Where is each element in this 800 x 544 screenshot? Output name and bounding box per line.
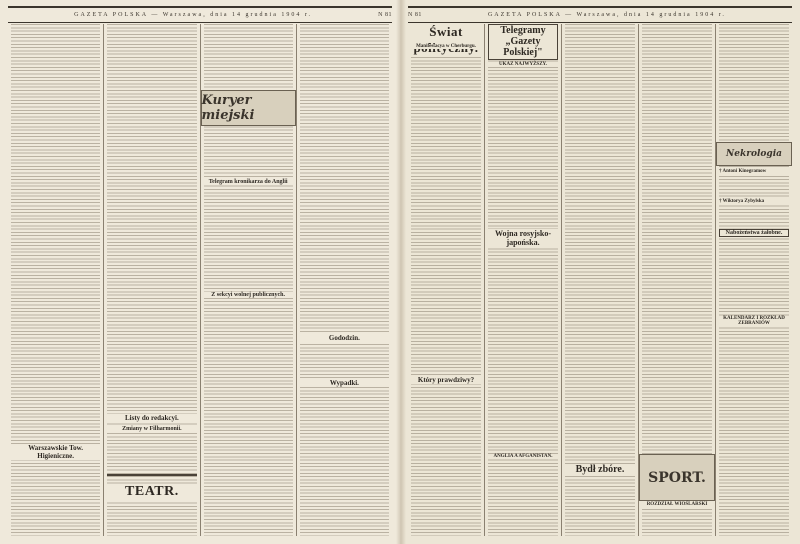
right-col-5: Nekrologia † Antoni Kinegramow † Wiktory… — [716, 24, 792, 536]
divider — [107, 474, 196, 476]
left-col-1: Warszawskie Tow. Higieniczne. — [8, 24, 104, 536]
section-title-ktory: Który prawdziwy? — [411, 376, 481, 384]
right-page-number: N 81 — [408, 12, 422, 18]
text-column — [488, 24, 558, 536]
section-title-gododzin: Gododzin. — [300, 334, 389, 342]
right-col-3: Bydł zbóre. — [562, 24, 639, 536]
section-title-manifestacya: Manifestacya w Cherburgu. — [411, 44, 481, 49]
gazety-polskiej-title: „Gazety Polskiej" — [489, 36, 557, 58]
nekro-entry-1: † Antoni Kinegramow — [719, 169, 789, 174]
section-title-z-sekcji: Z sekcyi wolnej publicznych. — [204, 292, 293, 298]
left-columns: Warszawskie Tow. Higieniczne. Listy do r… — [8, 24, 392, 536]
right-col-1: Świat polityczny. Manifestacya w Cherbur… — [408, 24, 485, 536]
right-col-2: Telegramy „Gazety Polskiej" UKAZ NAJWYŻS… — [485, 24, 562, 536]
section-title-sport-sub: ROZDZIAŁ WIOŚLARSKI — [642, 502, 712, 507]
text-column — [300, 24, 389, 536]
section-title-teatr: TEATR. — [107, 484, 196, 500]
page-fold — [396, 0, 406, 544]
section-title-swiat-polityczny: Świat polityczny. — [411, 24, 481, 56]
left-col-3: Kuryer miejski Telegram kronikarza do An… — [201, 24, 297, 536]
nekrologia-banner: Nekrologia — [716, 142, 792, 166]
section-title-zmiany: Zmiany w Filharmonii. — [107, 426, 196, 432]
right-page-header: N 81 GAZETA POLSKA — Warszawa, dnia 14 g… — [408, 6, 792, 23]
right-masthead: GAZETA POLSKA — Warszawa, dnia 14 grudni… — [422, 12, 792, 18]
section-title-anglia: ANGLIA A AFGANISTAN. — [488, 454, 558, 459]
left-col-4: Gododzin. Wypadki. — [297, 24, 392, 536]
section-title-wojna: Wojna rosyjsko-japońska. — [488, 229, 558, 247]
text-column — [565, 24, 635, 536]
nekro-entry-2: † Wiktorya Zybylska — [719, 199, 789, 204]
section-title-telegram-anglii: Telegram kronikarza do Anglii — [204, 179, 293, 185]
section-title-wypadki: Wypadki. — [300, 379, 389, 387]
section-title-nabozenstwa: Nabożeństwa żałobne. — [719, 229, 789, 237]
section-title-listy: Listy do redakcyi. — [107, 414, 196, 422]
newspaper-spread: GAZETA POLSKA — Warszawa, dnia 14 grudni… — [0, 0, 800, 544]
text-column — [411, 24, 481, 536]
section-title-marszalek: Warszawskie Tow. Higieniczne. — [11, 444, 100, 460]
right-col-4: SPORT. ROZDZIAŁ WIOŚLARSKI — [639, 24, 716, 536]
section-title-ukaz: UKAZ NAJWYŻSZY. — [488, 62, 558, 67]
kuryer-miejski-banner: Kuryer miejski — [201, 90, 296, 126]
right-columns: Świat polityczny. Manifestacya w Cherbur… — [408, 24, 792, 536]
left-masthead: GAZETA POLSKA — Warszawa, dnia 14 grudni… — [8, 12, 378, 18]
text-column — [107, 24, 196, 536]
left-page-header: GAZETA POLSKA — Warszawa, dnia 14 grudni… — [8, 6, 392, 23]
right-page: N 81 GAZETA POLSKA — Warszawa, dnia 14 g… — [400, 0, 800, 544]
telegramy-title: Telegramy — [489, 25, 557, 36]
left-page: GAZETA POLSKA — Warszawa, dnia 14 grudni… — [0, 0, 400, 544]
sport-banner: SPORT. — [639, 454, 715, 501]
left-col-2: Listy do redakcyi. Zmiany w Filharmonii.… — [104, 24, 200, 536]
section-title-bydl: Bydł zbóre. — [565, 464, 635, 475]
telegramy-banner: Telegramy „Gazety Polskiej" — [488, 24, 558, 60]
left-page-number: N 81 — [378, 12, 392, 18]
text-column — [719, 24, 789, 536]
section-title-kalendarz: KALENDARZ I ROZKŁAD ZEBRANIÓW — [719, 316, 789, 326]
